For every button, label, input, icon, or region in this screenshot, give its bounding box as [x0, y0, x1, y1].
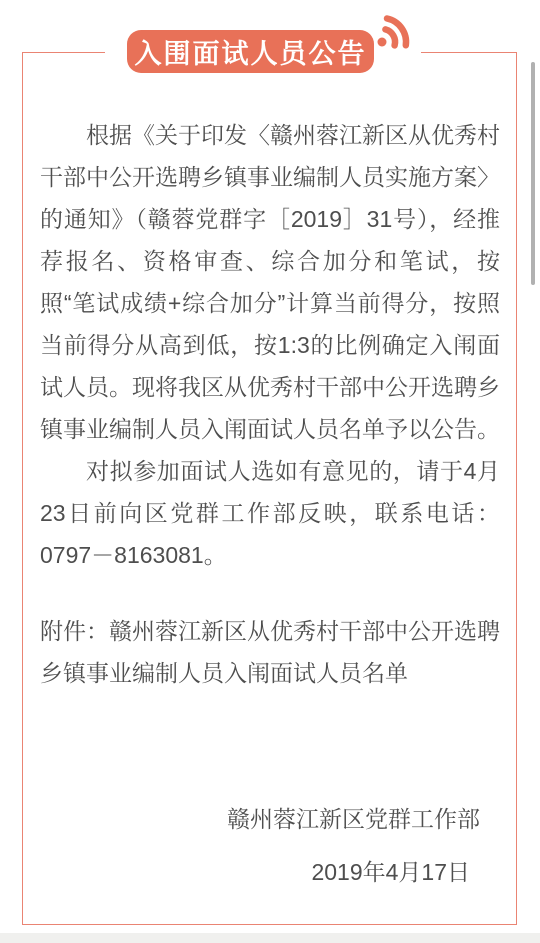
- broadcast-waves-icon: [374, 2, 416, 50]
- announcement-body: 根据《关于印发〈赣州蓉江新区从优秀村干部中公开选聘乡镇事业编制人员实施方案〉的通…: [40, 114, 500, 893]
- signature-org: 赣州蓉江新区党群工作部: [40, 798, 500, 840]
- scrollbar-thumb[interactable]: [531, 62, 535, 285]
- title-badge: 入围面试人员公告: [127, 30, 374, 73]
- signature-date: 2019年4月17日: [40, 851, 500, 893]
- border-gap-left: [105, 48, 129, 56]
- attachment-line: 附件：赣州蓉江新区从优秀村干部中公开选聘乡镇事业编制人员入闱面试人员名单: [40, 610, 500, 694]
- page-bottom-strip: [0, 933, 540, 943]
- paragraph-basis: 根据《关于印发〈赣州蓉江新区从优秀村干部中公开选聘乡镇事业编制人员实施方案〉的通…: [40, 114, 500, 450]
- title-badge-label: 入围面试人员公告: [135, 32, 367, 71]
- paragraph-feedback-contact: 对拟参加面试人选如有意见的，请于4月23日前向区党群工作部反映，联系电话：079…: [40, 450, 500, 576]
